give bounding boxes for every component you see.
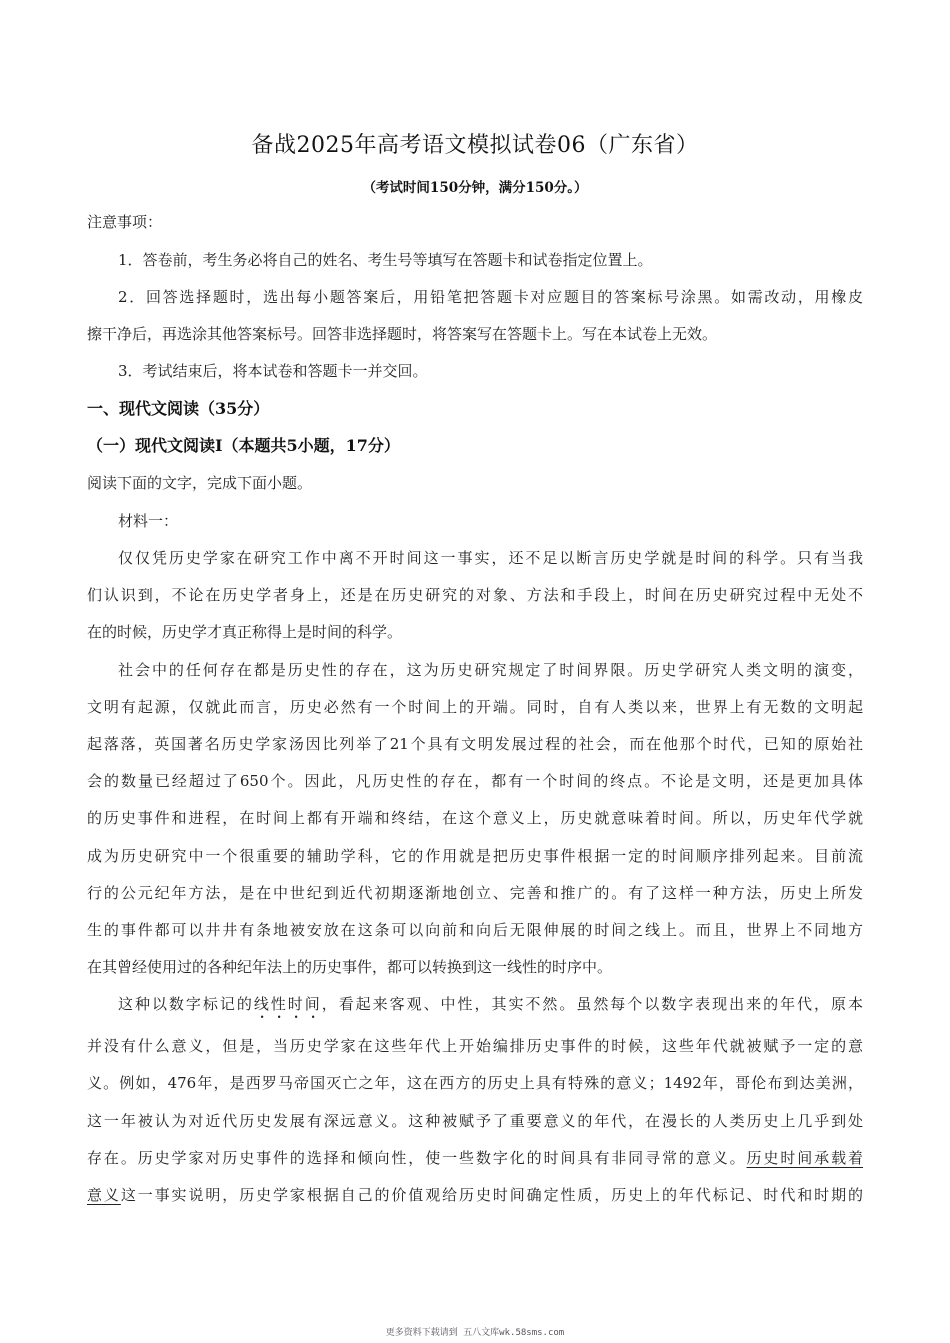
passage-line: 生的事件都可以井井有条地被安放在这条可以向前和向后无限伸展的时间之线上。而且，世…: [87, 920, 863, 940]
passage-line: 这种以数字标记的线性时间，看起来客观、中性，其实不然。虽然每个以数字表现出来的年…: [118, 994, 863, 1022]
passage-line: 文明有起源，仅就此而言，历史必然有一个时间上的开端。同时，自有人类以来，世界上有…: [87, 697, 863, 717]
passage-text: 存在。历史学家对历史事件的选择和倾向性，使一些数字化的时间具有非同寻常的意义。: [87, 1149, 747, 1167]
exam-page: 备战2025年高考语文模拟试卷06（广东省） （考试时间150分钟，满分150分…: [0, 0, 950, 1343]
notice-item-2-cont: 擦干净后，再选涂其他答案标号。回答非选择题时，将答案写在答题卡上。写在本试卷上无…: [87, 324, 863, 344]
material-label: 材料一：: [118, 511, 863, 531]
exam-duration-note: （考试时间150分钟，满分150分。）: [0, 176, 950, 196]
notice-heading: 注意事项：: [87, 212, 863, 232]
page-title: 备战2025年高考语文模拟试卷06（广东省）: [0, 128, 950, 159]
emphasized-term: 线性时间: [254, 995, 322, 1013]
passage-line: 存在。历史学家对历史事件的选择和倾向性，使一些数字化的时间具有非同寻常的意义。历…: [87, 1148, 863, 1168]
passage-line: 会的数量已经超过了650个。因此，凡历史性的存在，都有一个时间的终点。不论是文明…: [87, 771, 863, 791]
passage-line: 行的公元纪年方法，是在中世纪到近代初期逐渐地创立、完善和推广的。有了这样一种方法…: [87, 883, 863, 903]
reading-instruction: 阅读下面的文字，完成下面小题。: [87, 473, 863, 493]
passage-line: 并没有什么意义，但是，当历史学家在这些年代上开始编排历史事件的时候，这些年代就被…: [87, 1036, 863, 1056]
passage-line: 社会中的任何存在都是历史性的存在，这为历史研究规定了时间界限。历史学研究人类文明…: [118, 660, 863, 680]
notice-item-1: 1．答卷前，考生务必将自己的姓名、考生号等填写在答题卡和试卷指定位置上。: [118, 250, 863, 270]
passage-text: ，看起来客观、中性，其实不然。虽然每个以数字表现出来的年代，原本: [322, 995, 863, 1013]
passage-line: 仅仅凭历史学家在研究工作中离不开时间这一事实，还不足以断言历史学就是时间的科学。…: [118, 548, 863, 568]
passage-text: 这种以数字标记的: [118, 995, 254, 1013]
underlined-phrase: 意义: [87, 1186, 121, 1204]
passage-text: 这一事实说明，历史学家根据自己的价值观给历史时间确定性质，历史上的年代标记、时代…: [121, 1186, 863, 1204]
section-heading: 一、现代文阅读（35分）: [87, 399, 863, 419]
footer-link[interactable]: 更多资料下载请到 五八文库wk.58sms.com: [0, 1325, 950, 1338]
passage-line: 在的时候，历史学才真正称得上是时间的科学。: [87, 622, 863, 642]
passage-line: 义。例如，476年，是西罗马帝国灭亡之年，这在西方的历史上具有特殊的意义；149…: [87, 1073, 863, 1093]
passage-line: 这一年被认为对近代历史发展有深远意义。这种被赋予了重要意义的年代，在漫长的人类历…: [87, 1111, 863, 1131]
passage-line: 们认识到，不论在历史学者身上，还是在历史研究的对象、方法和手段上，时间在历史研究…: [87, 585, 863, 605]
underlined-phrase: 历史时间承载着: [747, 1149, 863, 1167]
passage-line: 成为历史研究中一个很重要的辅助学科，它的作用就是把历史事件根据一定的时间顺序排列…: [87, 846, 863, 866]
passage-line: 起落落，英国著名历史学家汤因比列举了21个具有文明发展过程的社会，而在他那个时代…: [87, 734, 863, 754]
notice-item-3: 3．考试结束后，将本试卷和答题卡一并交回。: [118, 361, 863, 381]
passage-line: 的历史事件和进程，在时间上都有开端和终结，在这个意义上，历史就意味着时间。所以，…: [87, 808, 863, 828]
passage-line: 意义这一事实说明，历史学家根据自己的价值观给历史时间确定性质，历史上的年代标记、…: [87, 1185, 863, 1205]
subsection-heading: （一）现代文阅读Ⅰ（本题共5小题，17分）: [87, 436, 863, 456]
notice-item-2: 2．回答选择题时，选出每小题答案后，用铅笔把答题卡对应题目的答案标号涂黑。如需改…: [118, 287, 863, 307]
passage-line: 在其曾经使用过的各种纪年法上的历史事件，都可以转换到这一线性的时序中。: [87, 957, 863, 977]
